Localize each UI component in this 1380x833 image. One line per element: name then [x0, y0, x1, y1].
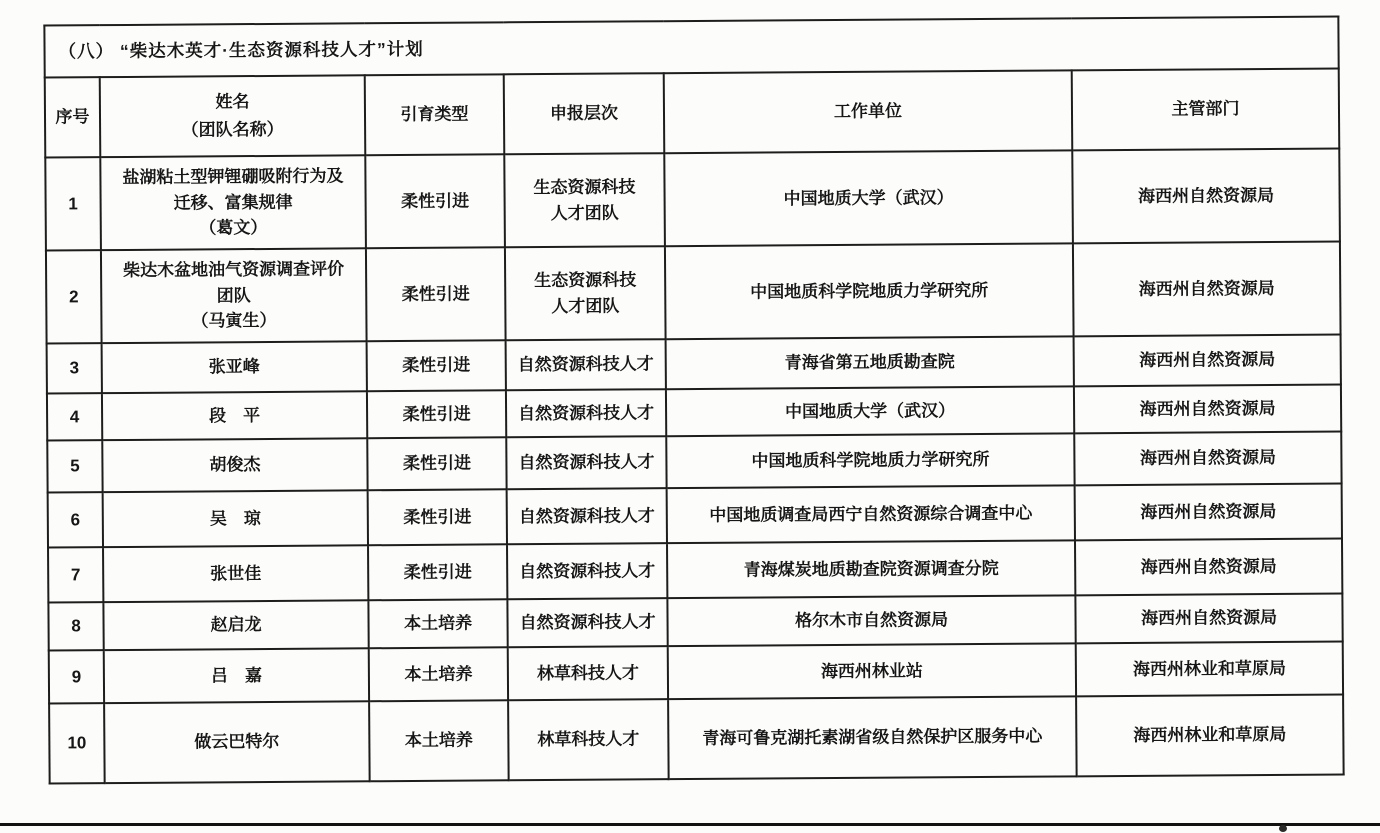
cell-dept: 海西州自然资源局: [1075, 538, 1342, 595]
cell-type: 柔性引进: [367, 390, 506, 438]
cell-type: 柔性引进: [365, 154, 505, 248]
cell-name: 吴 琼: [103, 490, 368, 547]
table-row: 1 盐湖粘土型钾锂硼吸附行为及 迁移、富集规律 （葛文） 柔性引进 生态资源科技…: [45, 148, 1340, 250]
cell-type: 柔性引进: [367, 340, 506, 391]
cell-type: 柔性引进: [368, 544, 507, 600]
cell-dept: 海西州自然资源局: [1075, 593, 1342, 643]
cell-dept: 海西州自然资源局: [1074, 384, 1341, 433]
cell-level: 自然资源科技人才: [506, 339, 666, 390]
cell-no: 3: [47, 343, 102, 393]
table-row: 9 吕 嘉 本土培养 林草科技人才 海西州林业站 海西州林业和草原局: [49, 641, 1343, 703]
col-header-dept: 主管部门: [1072, 68, 1340, 150]
col-header-no: 序号: [45, 77, 101, 157]
table-header-row: 序号 姓名 （团队名称） 引育类型 申报层次 工作单位 主管部门: [45, 68, 1340, 157]
cell-unit: 海西州林业站: [668, 643, 1076, 699]
cell-unit: 中国地质大学（武汉）: [664, 150, 1073, 246]
cell-no: 4: [47, 393, 102, 440]
cell-no: 10: [49, 703, 105, 783]
cell-type: 柔性引进: [366, 247, 506, 341]
cell-type: 本土培养: [369, 700, 509, 781]
cell-unit: 格尔木市自然资源局: [667, 595, 1075, 646]
table-row: 7 张世佳 柔性引进 自然资源科技人才 青海煤炭地质勘查院资源调查分院 海西州自…: [48, 538, 1342, 602]
cell-dept: 海西州自然资源局: [1075, 483, 1342, 540]
cell-no: 7: [48, 547, 103, 602]
cell-dept: 海西州自然资源局: [1073, 241, 1341, 336]
cell-no: 5: [47, 440, 102, 492]
cell-no: 6: [48, 492, 103, 547]
cell-dept: 海西州林业和草原局: [1076, 694, 1344, 776]
cell-name: 柴达木盆地油气资源调查评价 团队 （马寅生）: [101, 248, 367, 343]
cell-level: 自然资源科技人才: [507, 488, 667, 544]
cell-dept: 海西州林业和草原局: [1076, 641, 1343, 696]
cell-unit: 中国地质调查局西宁自然资源综合调查中心: [667, 485, 1075, 543]
cell-name: 盐湖粘土型钾锂硼吸附行为及 迁移、富集规律 （葛文）: [100, 155, 366, 250]
col-header-level: 申报层次: [504, 73, 665, 154]
cell-name: 吕 嘉: [104, 648, 369, 703]
talent-plan-table: （八） “柴达木英才·生态资源科技人才”计划 序号 姓名 （团队名称） 引育类型…: [43, 15, 1344, 784]
cell-type: 本土培养: [369, 647, 508, 701]
table-row: 10 做云巴特尔 本土培养 林草科技人才 青海可鲁克湖托素湖省级自然保护区服务中…: [49, 694, 1344, 783]
cell-dept: 海西州自然资源局: [1074, 334, 1341, 386]
cell-name: 段 平: [102, 391, 367, 440]
cell-no: 2: [46, 250, 102, 343]
cell-level: 林草科技人才: [508, 646, 668, 700]
col-header-name: 姓名 （团队名称）: [100, 75, 366, 157]
cell-no: 9: [49, 650, 104, 703]
cell-name: 张世佳: [103, 545, 368, 602]
col-header-unit: 工作单位: [664, 70, 1073, 153]
cell-name: 做云巴特尔: [104, 701, 370, 783]
cell-unit: 青海煤炭地质勘查院资源调查分院: [667, 540, 1075, 598]
cell-unit: 青海可鲁克湖托素湖省级自然保护区服务中心: [668, 696, 1077, 779]
cell-no: 1: [45, 157, 101, 250]
table-row: 3 张亚峰 柔性引进 自然资源科技人才 青海省第五地质勘查院 海西州自然资源局: [47, 334, 1341, 393]
table-title-row: （八） “柴达木英才·生态资源科技人才”计划: [44, 16, 1338, 77]
cell-level: 生态资源科技 人才团队: [504, 153, 665, 247]
cell-unit: 中国地质科学院地质力学研究所: [666, 433, 1074, 488]
cell-level: 自然资源科技人才: [506, 436, 666, 489]
cell-level: 自然资源科技人才: [506, 389, 666, 437]
cell-unit: 中国地质大学（武汉）: [666, 386, 1074, 436]
cell-level: 生态资源科技 人才团队: [505, 246, 666, 340]
cell-level: 自然资源科技人才: [507, 598, 667, 647]
cell-name: 赵启龙: [103, 600, 368, 650]
cell-dept: 海西州自然资源局: [1074, 431, 1341, 485]
cell-type: 柔性引进: [367, 437, 506, 490]
table-title: （八） “柴达木英才·生态资源科技人才”计划: [44, 16, 1338, 77]
scanned-document-page: （八） “柴达木英才·生态资源科技人才”计划 序号 姓名 （团队名称） 引育类型…: [0, 0, 1380, 833]
cell-name: 胡俊杰: [102, 438, 367, 492]
cell-type: 本土培养: [368, 599, 507, 648]
table-row: 5 胡俊杰 柔性引进 自然资源科技人才 中国地质科学院地质力学研究所 海西州自然…: [47, 431, 1341, 492]
table-row: 6 吴 琼 柔性引进 自然资源科技人才 中国地质调查局西宁自然资源综合调查中心 …: [48, 483, 1342, 547]
cell-dept: 海西州自然资源局: [1072, 148, 1340, 243]
cell-type: 柔性引进: [368, 489, 507, 545]
scan-speck: [1279, 825, 1287, 832]
col-header-type: 引育类型: [365, 74, 505, 155]
cell-no: 8: [48, 602, 103, 650]
cell-unit: 中国地质科学院地质力学研究所: [665, 243, 1074, 339]
cell-level: 自然资源科技人才: [507, 543, 667, 599]
page-bottom-scan-edge: [0, 823, 1380, 826]
table-row: 2 柴达木盆地油气资源调查评价 团队 （马寅生） 柔性引进 生态资源科技 人才团…: [46, 241, 1341, 343]
cell-level: 林草科技人才: [508, 699, 669, 780]
cell-name: 张亚峰: [102, 341, 367, 393]
cell-unit: 青海省第五地质勘查院: [666, 336, 1074, 389]
